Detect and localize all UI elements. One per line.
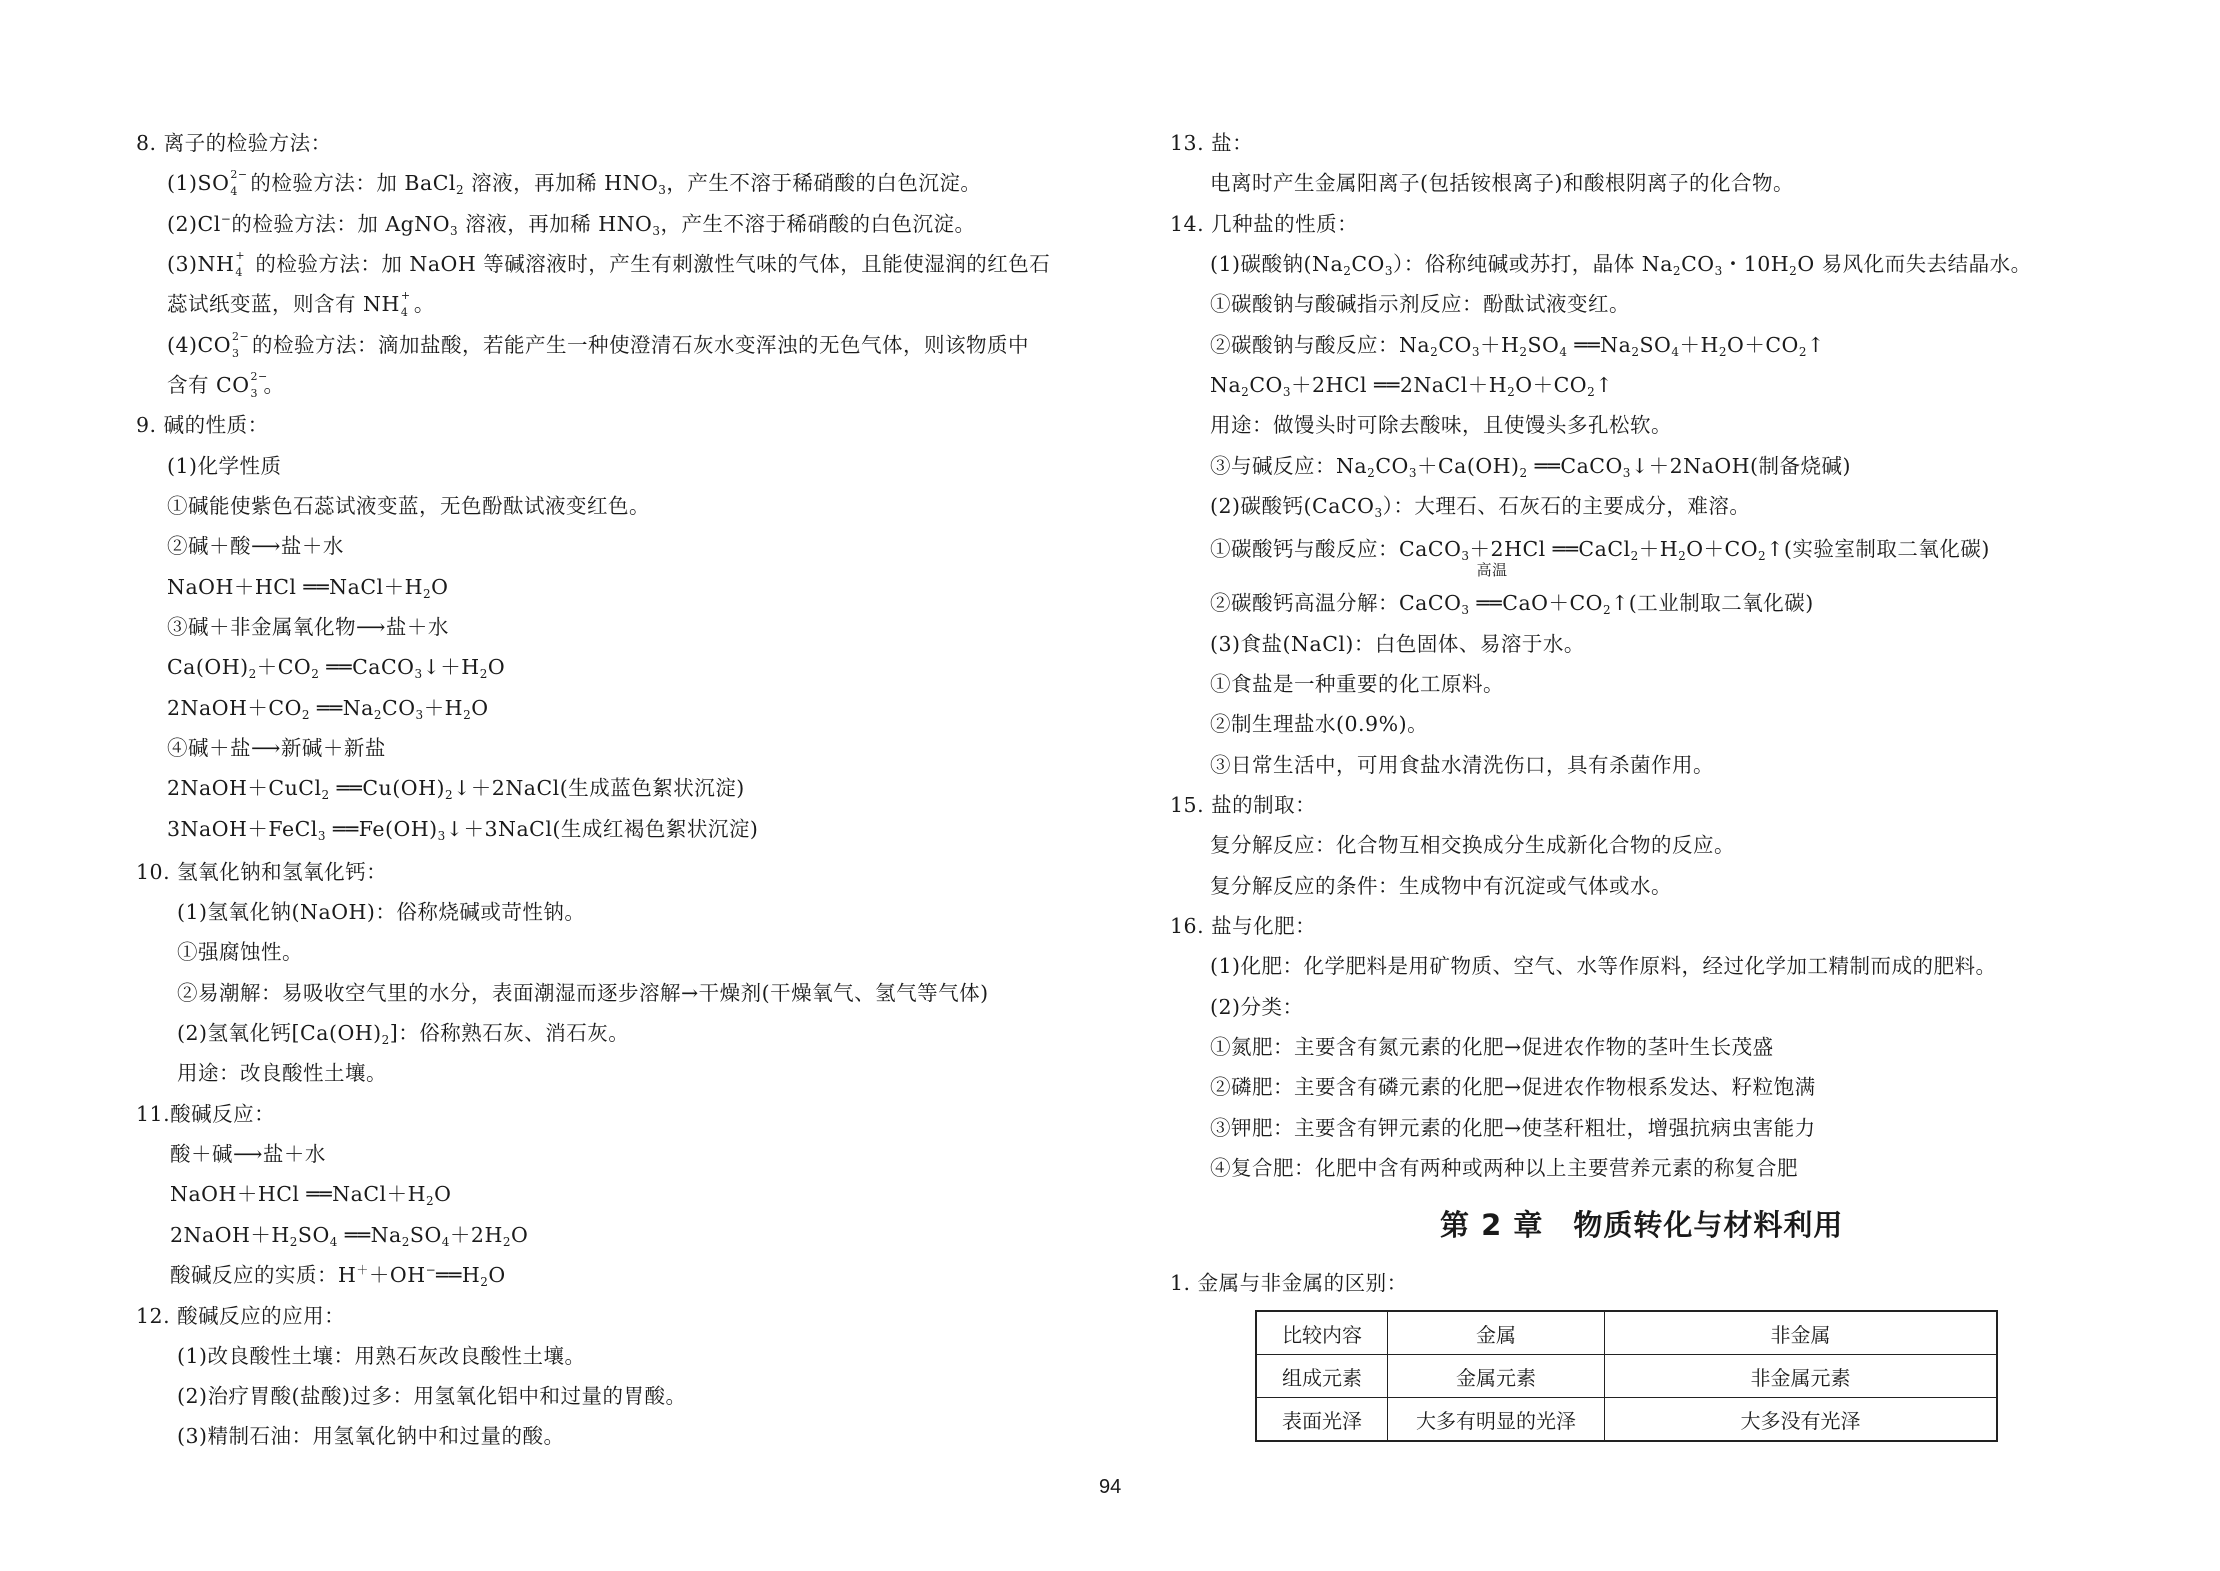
text-line: 蕊试纸变蓝，则含有 NH+4。 xyxy=(167,284,435,324)
text-line: (1)氢氧化钠(NaOH)：俗称烧碱或苛性钠。 xyxy=(177,892,585,932)
document-page: 8. 离子的检验方法：(1)SO2−4 的检验方法：加 BaCl2 溶液，再加稀… xyxy=(0,0,2220,1571)
table-row: 组成元素 金属元素 非金属元素 xyxy=(1256,1355,1997,1398)
text-line: 2NaOH＋H2SO4 ══Na2SO4＋2H2O xyxy=(170,1215,528,1255)
text-line: 酸碱反应的实质：H＋＋OH−══H2O xyxy=(170,1255,506,1295)
text-line: 13. 盐： xyxy=(1170,123,1253,163)
table-row: 表面光泽 大多有明显的光泽 大多没有光泽 xyxy=(1256,1398,1997,1442)
text-line: 2NaOH＋CO2 ══Na2CO3＋H2O xyxy=(167,688,489,728)
text-line: (1)化学性质 xyxy=(167,446,282,486)
text-line: 10. 氢氧化钠和氢氧化钙： xyxy=(136,852,387,892)
text-line: ③与碱反应：Na2CO3＋Ca(OH)2 ══CaCO3↓＋2NaOH(制备烧碱… xyxy=(1210,446,1851,486)
text-line: 8. 离子的检验方法： xyxy=(136,123,332,163)
text-line: (3)食盐(NaCl)：白色固体、易溶于水。 xyxy=(1210,624,1585,664)
text-line: (1)改良酸性土壤：用熟石灰改良酸性土壤。 xyxy=(177,1336,586,1376)
table-cell: 组成元素 xyxy=(1256,1355,1388,1398)
text-line: NaOH＋HCl ══NaCl＋H2O xyxy=(170,1174,451,1214)
text-line: ②碳酸钠与酸反应：Na2CO3＋H2SO4 ══Na2SO4＋H2O＋CO2↑ xyxy=(1210,325,1825,365)
table-cell: 大多有明显的光泽 xyxy=(1388,1398,1605,1442)
text-line: ③钾肥：主要含有钾元素的化肥→使茎秆粗壮，增强抗病虫害能力 xyxy=(1210,1108,1816,1148)
text-line: ①食盐是一种重要的化工原料。 xyxy=(1210,664,1504,704)
text-line: ②磷肥：主要含有磷元素的化肥→促进农作物根系发达、籽粒饱满 xyxy=(1210,1067,1816,1107)
text-line: 15. 盐的制取： xyxy=(1170,785,1316,825)
text-line: (1)碳酸钠(Na2CO3）：俗称纯碱或苏打，晶体 Na2CO3・10H2O 易… xyxy=(1210,244,2032,284)
text-line: (3)NH+4 的检验方法：加 NaOH 等碱溶液时，产生有刺激性气味的气体，且… xyxy=(167,244,1050,284)
text-line: Ca(OH)2＋CO2 ══CaCO3↓＋H2O xyxy=(167,647,505,687)
text-line: 3NaOH＋FeCl3 ══Fe(OH)3↓＋3NaCl(生成红褐色絮状沉淀) xyxy=(167,809,758,849)
text-line: (2)碳酸钙(CaCO3）：大理石、石灰石的主要成分，难溶。 xyxy=(1210,486,1750,526)
text-line: NaOH＋HCl ══NaCl＋H2O xyxy=(167,567,448,607)
text-line: 16. 盐与化肥： xyxy=(1170,906,1316,946)
text-line: ④碱＋盐⟶新碱＋新盐 xyxy=(167,728,386,768)
table-header-cell: 金属 xyxy=(1388,1311,1605,1355)
text-line: ②易潮解：易吸收空气里的水分，表面潮湿而逐步溶解→干燥剂(干燥氧气、氢气等气体) xyxy=(177,973,989,1013)
text-line: (2)氢氧化钙[Ca(OH)2]：俗称熟石灰、消石灰。 xyxy=(177,1013,629,1053)
text-line: (2)治疗胃酸(盐酸)过多：用氢氧化铝中和过量的胃酸。 xyxy=(177,1376,687,1416)
table-cell: 非金属元素 xyxy=(1605,1355,1998,1398)
text-line: 9. 碱的性质： xyxy=(136,405,269,445)
text-line: 12. 酸碱反应的应用： xyxy=(136,1296,345,1336)
text-line: 复分解反应：化合物互相交换成分生成新化合物的反应。 xyxy=(1210,825,1735,865)
text-line: 11.酸碱反应： xyxy=(136,1094,275,1134)
text-line: ①氮肥：主要含有氮元素的化肥→促进农作物的茎叶生长茂盛 xyxy=(1210,1027,1774,1067)
page-number: 94 xyxy=(1099,1476,1121,1499)
table-cell: 金属元素 xyxy=(1388,1355,1605,1398)
text-line: 14. 几种盐的性质： xyxy=(1170,204,1358,244)
text-line: 复分解反应的条件：生成物中有沉淀或气体或水。 xyxy=(1210,866,1672,906)
text-line: ②碳酸钙高温分解：CaCO3 ══高温CaO＋CO2↑(工业制取二氧化碳) xyxy=(1210,583,1814,623)
text-line: Na2CO3＋2HCl ══2NaCl＋H2O＋CO2↑ xyxy=(1210,365,1613,405)
text-line: 用途：做馒头时可除去酸味，且使馒头多孔松软。 xyxy=(1210,405,1672,445)
text-line: ①强腐蚀性。 xyxy=(177,932,303,972)
metal-nonmetal-comparison-table: 比较内容 金属 非金属 组成元素 金属元素 非金属元素 表面光泽 大多有明显的光… xyxy=(1255,1310,1998,1442)
text-line: (3)精制石油：用氢氧化钠中和过量的酸。 xyxy=(177,1416,565,1456)
text-line: 含有 CO2−3。 xyxy=(167,365,285,405)
text-line: (2)Cl−的检验方法：加 AgNO3 溶液，再加稀 HNO3，产生不溶于稀硝酸… xyxy=(167,204,975,244)
chapter-heading: 第 2 章 物质转化与材料利用 xyxy=(1440,1203,1843,1244)
text-line: (1)SO2−4 的检验方法：加 BaCl2 溶液，再加稀 HNO3，产生不溶于… xyxy=(167,163,981,203)
table-header-cell: 非金属 xyxy=(1605,1311,1998,1355)
table-header-row: 比较内容 金属 非金属 xyxy=(1256,1311,1997,1355)
text-line: ①碳酸钙与酸反应：CaCO3＋2HCl ══CaCl2＋H2O＋CO2↑(实验室… xyxy=(1210,529,1990,569)
text-line: 用途：改良酸性土壤。 xyxy=(177,1053,387,1093)
text-line: ③碱＋非金属氧化物⟶盐＋水 xyxy=(167,607,449,647)
text-line: (4)CO2−3 的检验方法：滴加盐酸，若能产生一种使澄清石灰水变浑浊的无色气体… xyxy=(167,325,1029,365)
text-line: 酸＋碱⟶盐＋水 xyxy=(170,1134,326,1174)
text-line: ②碱＋酸⟶盐＋水 xyxy=(167,526,344,566)
text-line: 电离时产生金属阳离子(包括铵根离子)和酸根阴离子的化合物。 xyxy=(1210,163,1794,203)
text-line: 2NaOH＋CuCl2 ══Cu(OH)2↓＋2NaCl(生成蓝色絮状沉淀) xyxy=(167,768,745,808)
text-line: (2)分类： xyxy=(1210,987,1304,1027)
reaction-condition: ══高温 xyxy=(1477,583,1503,623)
text-line: ④复合肥：化肥中含有两种或两种以上主要营养元素的称复合肥 xyxy=(1210,1148,1798,1188)
text-line: ①碳酸钠与酸碱指示剂反应：酚酞试液变红。 xyxy=(1210,284,1630,324)
text-line: (1)化肥：化学肥料是用矿物质、空气、水等作原料，经过化学加工精制而成的肥料。 xyxy=(1210,946,1997,986)
text-line: ②制生理盐水(0.9%)。 xyxy=(1210,704,1428,744)
table-header-cell: 比较内容 xyxy=(1256,1311,1388,1355)
table-cell: 大多没有光泽 xyxy=(1605,1398,1998,1442)
text-line: ③日常生活中，可用食盐水清洗伤口，具有杀菌作用。 xyxy=(1210,745,1714,785)
text-line: ①碱能使紫色石蕊试液变蓝，无色酚酞试液变红色。 xyxy=(167,486,650,526)
table-cell: 表面光泽 xyxy=(1256,1398,1388,1442)
text-line: 1. 金属与非金属的区别： xyxy=(1170,1263,1408,1303)
